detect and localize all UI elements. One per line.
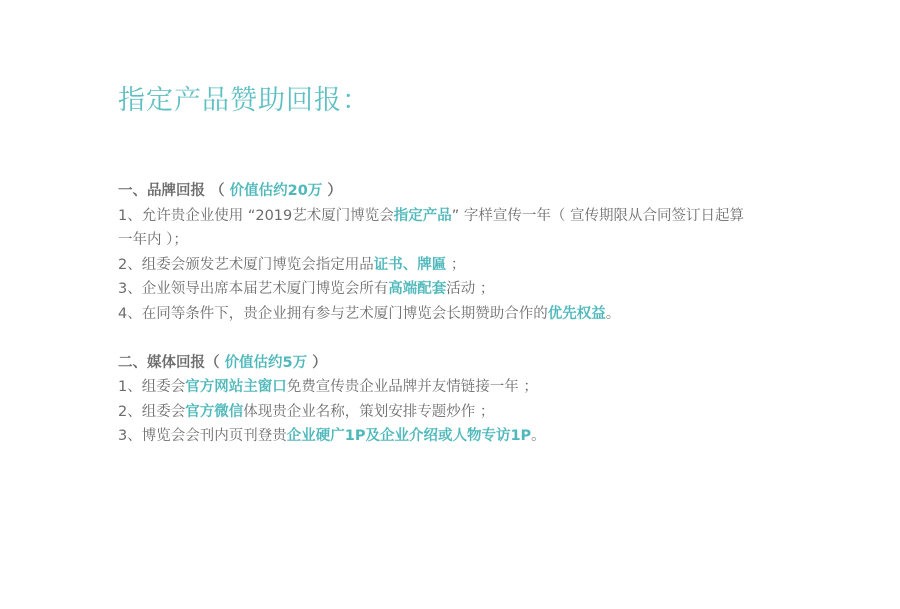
item-highlight: 指定产品 <box>394 208 452 224</box>
section-heading-prefix: 一、品牌回报 （ <box>118 183 230 199</box>
item-text: 2、组委会颁发艺术厦门博览会指定用品 <box>118 257 374 273</box>
item-text: 2、组委会 <box>118 404 185 420</box>
list-item: 2、组委会颁发艺术厦门博览会指定用品证书、牌匾 ； <box>118 253 758 278</box>
section-heading-suffix: ） <box>307 355 327 371</box>
list-item: 3、企业领导出席本届艺术厦门博览会所有高端配套活动 ； <box>118 277 758 302</box>
item-text: 。 <box>606 306 621 322</box>
section-heading-prefix: 二、媒体回报（ <box>118 355 225 371</box>
item-highlight: 证书、牌匾 <box>374 257 447 273</box>
item-text: 3、企业领导出席本届艺术厦门博览会所有 <box>118 281 388 297</box>
sponsorship-benefits: 一、品牌回报 （ 价值估约20万 ） 1、允许贵企业使用 “2019艺术厦门博览… <box>118 179 758 449</box>
section-value: 价值估约5万 <box>225 355 308 371</box>
item-text: 免费宣传贵企业品牌并友情链接一年 ； <box>287 379 538 395</box>
section-spacer <box>118 326 758 351</box>
item-highlight: 官方网站主窗口 <box>185 379 287 395</box>
section-value: 价值估约20万 <box>230 183 323 199</box>
section-heading-media: 二、媒体回报（ 价值估约5万 ） <box>118 351 758 376</box>
section-heading-suffix: ） <box>322 183 342 199</box>
item-text: 活动 ； <box>446 281 494 297</box>
item-text: 4、在同等条件下，贵企业拥有参与艺术厦门博览会长期赞助合作的 <box>118 306 548 322</box>
list-item: 3、博览会会刊内页刊登贵企业硬广1P及企业介绍或人物专访1P。 <box>118 424 758 449</box>
item-text: 体现贵企业名称，策划安排专题炒作 ； <box>243 404 494 420</box>
item-text: ； <box>446 257 465 273</box>
list-item: 4、在同等条件下，贵企业拥有参与艺术厦门博览会长期赞助合作的优先权益。 <box>118 302 758 327</box>
list-item: 2、组委会官方微信体现贵企业名称，策划安排专题炒作 ； <box>118 400 758 425</box>
list-item: 1、允许贵企业使用 “2019艺术厦门博览会指定产品” 字样宣传一年（ 宣传期限… <box>118 204 758 253</box>
item-text: 。 <box>531 428 546 444</box>
item-highlight: 官方微信 <box>185 404 243 420</box>
section-heading-brand: 一、品牌回报 （ 价值估约20万 ） <box>118 179 758 204</box>
page-title: 指定产品赞助回报： <box>118 78 370 117</box>
item-text: 1、组委会 <box>118 379 185 395</box>
item-highlight: 企业硬广1P及企业介绍或人物专访1P <box>287 428 531 444</box>
list-item: 1、组委会官方网站主窗口免费宣传贵企业品牌并友情链接一年 ； <box>118 375 758 400</box>
item-highlight: 高端配套 <box>388 281 446 297</box>
item-highlight: 优先权益 <box>548 306 606 322</box>
item-text: 3、博览会会刊内页刊登贵 <box>118 428 287 444</box>
item-text: 1、允许贵企业使用 “2019艺术厦门博览会 <box>118 208 394 224</box>
